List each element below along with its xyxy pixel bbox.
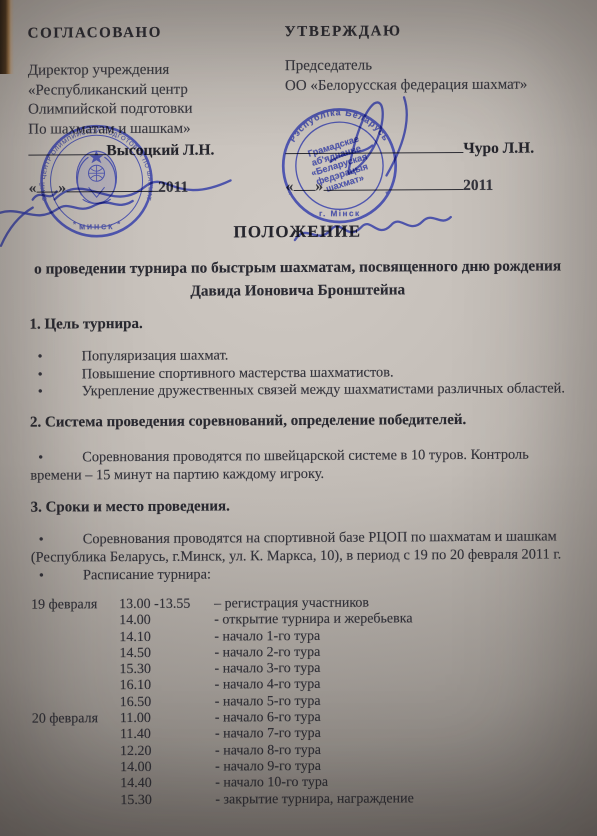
section2-heading: 2. Система проведения соревнований, опре… [30,412,466,432]
schedule-time: 16.10 [120,678,215,695]
approval-heading-left: СОГЛАСОВАНО [28,25,162,43]
seal-center-text: Грамадскае аб'яднанне «Беларуская федэра… [304,133,374,197]
bullet-dot-icon: • [38,349,43,367]
section3-heading: 3. Сроки и место проведения. [30,498,229,516]
schedule-date [32,727,120,744]
schedule-time: 11.40 [120,727,215,744]
bullet-text: Расписание турнира: [31,564,579,585]
list-item: • Расписание турнира: [31,564,579,585]
schedule-date [31,662,119,679]
signer-name-right: Чуро Л.Н. [463,140,534,157]
schedule-time: 11.00 [120,711,215,728]
schedule-event: - закрытие турнира, награждение [215,790,592,809]
schedule-date [32,760,120,777]
org-line: ОО «Белорусская федерация шахмат» [285,75,528,96]
seal-star-icon: * [117,219,121,229]
approval-org-right: Председатель ОО «Белорусская федерация ш… [285,56,528,96]
list-item: • Соревнования проводятся на спортивной … [31,528,579,567]
schedule-row: 15.30- закрытие турнира, награждение [32,790,592,810]
org-line: «Республиканский центр [28,80,193,101]
org-line: Олимпийской подготовки [28,100,193,121]
seal-star-icon: * [385,189,389,200]
doc-subtitle-line2: Давида Ионовича Бронштейна [0,280,596,302]
schedule-time: 14.40 [120,776,215,793]
schedule-date [31,613,119,630]
seal-city-text: г. Мінск [319,209,361,218]
schedule-date: 20 февраля [32,711,120,728]
seal-star-icon: * [73,219,77,229]
schedule-table: 19 февраля13.00 -13.55– регистрация учас… [31,594,592,809]
bullet-text: Укрепление дружественных связей между ша… [30,380,578,401]
year-right: 2011 [463,177,493,194]
schedule-time: 14.00 [119,613,214,630]
bullet-dot-icon: • [39,568,44,586]
bullet-dot-icon: • [39,532,44,550]
org-line: Председатель [285,56,528,77]
schedule-time: 14.50 [119,645,214,662]
schedule-date [32,695,120,712]
rcop-seal: РЕСПУБЛИКАНСКИЙ ЦЕНТР ОЛИМПИЙСКОЙ ПОДГОТ… [36,121,157,242]
coat-of-arms-icon [76,150,116,204]
bullet-dot-icon: • [38,450,43,468]
schedule-date [32,793,120,810]
doc-subtitle-line1: о проведении турнира по быстрым шахматам… [0,257,596,279]
bullet-text: Соревнования проводятся по швейцарской с… [30,446,578,485]
list-item: • Укрепление дружественных связей между … [30,380,578,401]
schedule-time: 13.00 -13.55 [119,597,214,614]
schedule-time: 12.20 [120,743,215,760]
section1-heading: 1. Цель турнира. [29,316,142,334]
schedule-date [31,630,119,647]
year-left: 2011 [158,179,188,196]
quote-open: « [29,180,37,197]
list-item: • Соревнования проводятся по швейцарской… [30,446,578,485]
schedule-date [32,776,120,793]
document-content: СОГЛАСОВАНО УТВЕРЖДАЮ Директор учреждени… [0,0,597,836]
schedule-time: 14.00 [120,759,215,776]
schedule-date: 19 февраля [31,597,119,614]
bullet-dot-icon: • [38,384,43,402]
approval-heading-right: УТВЕРЖДАЮ [285,23,402,41]
seal-city-text: МИНСК [79,224,114,231]
bullet-dot-icon: • [38,366,43,384]
schedule-time: 14.10 [119,629,214,646]
bullet-text: Соревнования проводятся на спортивной ба… [31,528,579,567]
document-photo: СОГЛАСОВАНО УТВЕРЖДАЮ Директор учреждени… [0,0,597,836]
schedule-time: 15.30 [119,662,214,679]
schedule-date [31,646,119,663]
schedule-date [32,679,120,696]
schedule-date [32,744,120,761]
federation-seal: Рэспубліка Беларусь г. Мінск * * Грамадс… [276,102,403,229]
org-line: Директор учреждения [28,61,193,82]
schedule-time: 15.30 [120,792,215,809]
seal-star-icon: * [288,190,292,201]
photo-background-edge [0,0,14,74]
schedule-time: 16.50 [120,694,215,711]
